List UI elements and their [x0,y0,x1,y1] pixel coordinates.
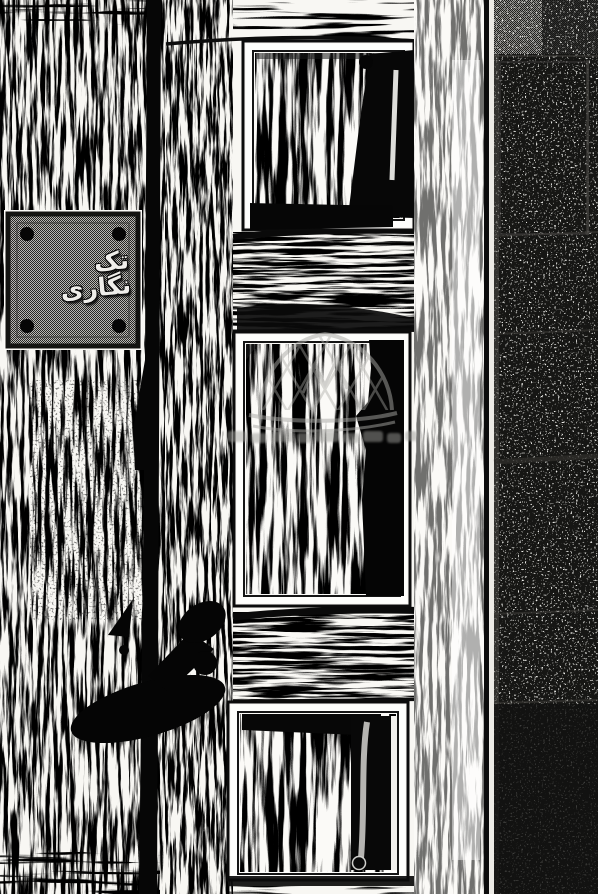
plaque-bolt [20,227,34,241]
door-left-stile [165,0,233,894]
plaque [4,210,142,350]
plaque-bolt [20,319,34,333]
latch-pin [353,857,366,870]
photo-old-wooden-door: تک نگاری [0,0,598,894]
panel-top [243,41,414,230]
panel-middle [234,332,410,606]
panel-knot [359,55,373,69]
shadow-column-right [494,0,598,894]
plaque-bolt [112,227,126,241]
photo-canvas [0,0,598,894]
door-right-stile [414,0,494,894]
plaque-bolt [112,319,126,333]
